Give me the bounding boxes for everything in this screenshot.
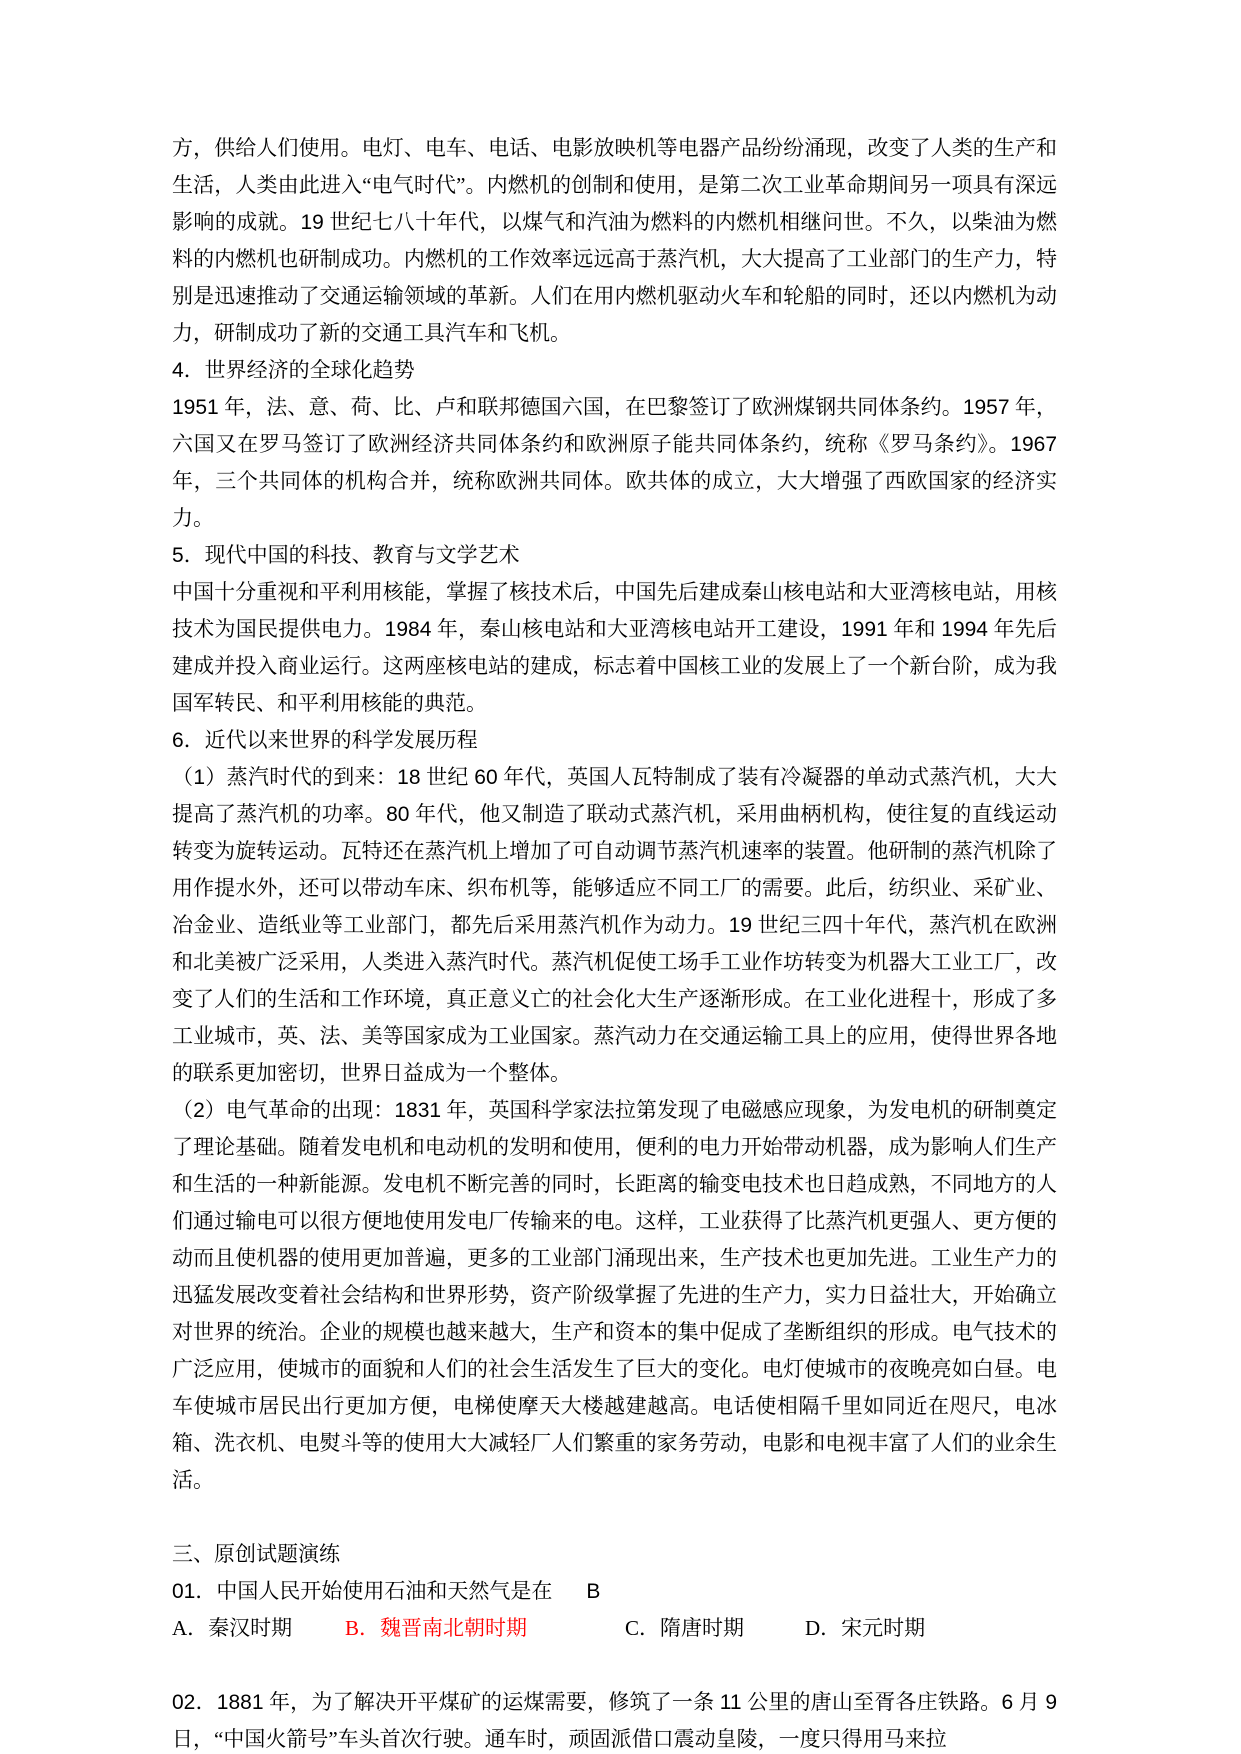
option-d: D．宋元时期	[805, 1610, 925, 1647]
question-01-stem: 01．中国人民开始使用石油和天然气是在	[172, 1579, 552, 1603]
paragraph-nuclear-power: 中国十分重视和平利用核能，掌握了核技术后，中国先后建成秦山核电站和大亚湾核电站，…	[172, 574, 1057, 722]
option-c: C．隋唐时期	[625, 1610, 805, 1647]
paragraph-globalization: 1951 年，法、意、荷、比、卢和联邦德国六国，在巴黎签订了欧洲煤钢共同体条约。…	[172, 389, 1057, 537]
option-a: A．秦汉时期	[172, 1610, 345, 1647]
question-01-answer: B	[586, 1580, 600, 1603]
heading-modern-china-sci-edu-art: 5．现代中国的科技、教育与文学艺术	[172, 537, 1057, 574]
heading-globalization: 4．世界经济的全球化趋势	[172, 352, 1057, 389]
blank-line	[172, 1647, 1057, 1684]
paragraph-electrical-revolution: （2）电气革命的出现：1831 年，英国科学家法拉第发现了电磁感应现象，为发电机…	[172, 1092, 1057, 1499]
question-01: 01．中国人民开始使用石油和天然气是在B	[172, 1573, 1057, 1610]
heading-practice-questions: 三、原创试题演练	[172, 1536, 1057, 1573]
option-b: B．魏晋南北朝时期	[345, 1610, 625, 1647]
question-01-options: A．秦汉时期B．魏晋南北朝时期C．隋唐时期D．宋元时期	[172, 1610, 1057, 1647]
question-02: 02．1881 年，为了解决开平煤矿的运煤需要，修筑了一条 11 公里的唐山至胥…	[172, 1684, 1057, 1754]
paragraph-second-industrial-revolution: 方，供给人们使用。电灯、电车、电话、电影放映机等电器产品纷纷涌现，改变了人类的生…	[172, 130, 1057, 352]
heading-science-development: 6．近代以来世界的科学发展历程	[172, 722, 1057, 759]
paragraph-steam-age: （1）蒸汽时代的到来：18 世纪 60 年代，英国人瓦特制成了装有冷凝器的单动式…	[172, 759, 1057, 1092]
document-page: 方，供给人们使用。电灯、电车、电话、电影放映机等电器产品纷纷涌现，改变了人类的生…	[0, 0, 1241, 1754]
blank-line	[172, 1499, 1057, 1536]
